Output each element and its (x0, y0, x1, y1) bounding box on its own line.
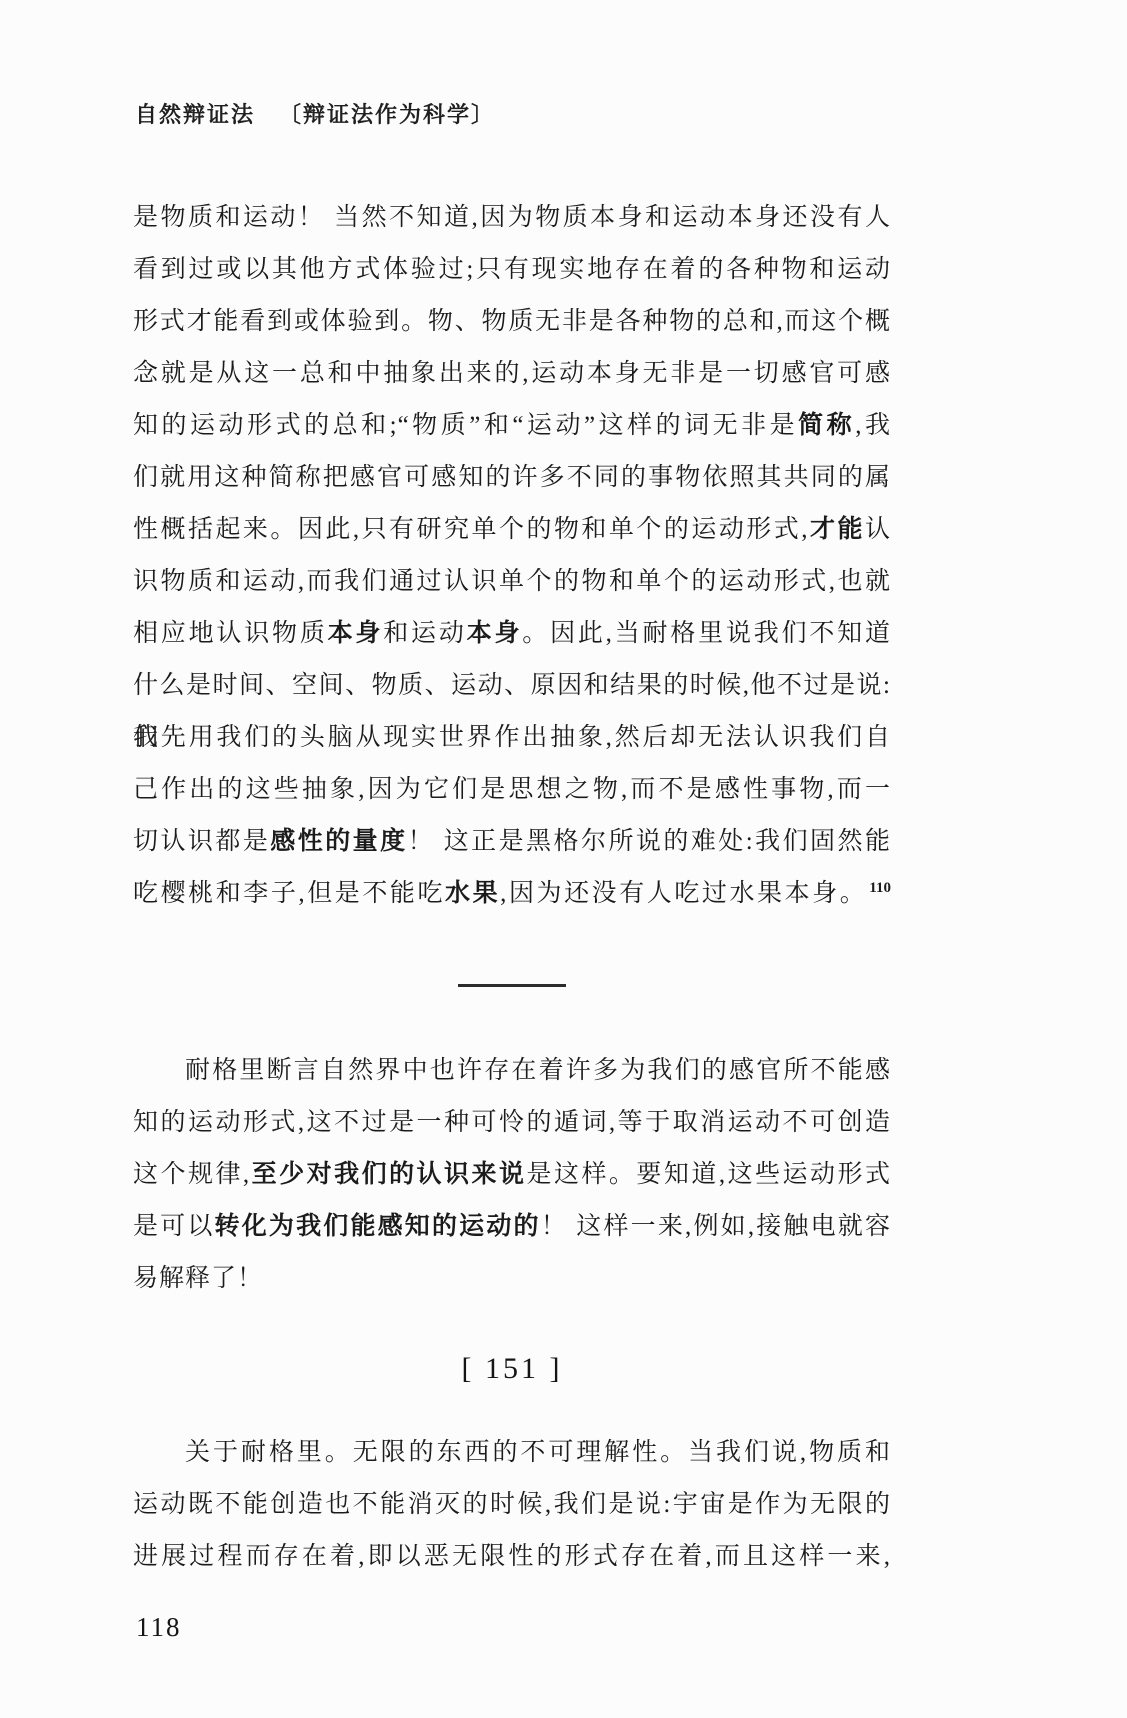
emphasis-text: 转化为我们能感知的运动的 (215, 1213, 541, 1240)
text-line: 相应地认识物质本身和运动本身。因此,当耐格里说我们不知道 (133, 608, 891, 660)
page-number: 118 (136, 1612, 182, 1643)
text-run: 耐格里断言自然界中也许存在着许多为我们的感官所不能感 (185, 1057, 891, 1084)
text-run: 知的运动形式,这不过是一种可怜的遁词,等于取消运动不可创造 (133, 1109, 891, 1136)
text-run: ,因为还没有人吃过水果本身。 (500, 880, 867, 907)
book-title: 自然辩证法 (135, 103, 255, 128)
text-run: 相应地认识物质 (133, 620, 328, 647)
text-line: 们先用我们的头脑从现实世界作出抽象,然后却无法认识我们自 (133, 712, 891, 764)
text-run: ！ 这样一来,例如,接触电就容 (541, 1213, 891, 1240)
text-run: 们就用这种简称把感官可感知的许多不同的事物依照其共同的属 (133, 464, 891, 491)
text-line: 形式才能看到或体验到。物、物质无非是各种物的总和,而这个概 (133, 296, 891, 348)
text-line: 们就用这种简称把感官可感知的许多不同的事物依照其共同的属 (133, 452, 891, 504)
text-line: 耐格里断言自然界中也许存在着许多为我们的感官所不能感 (133, 1045, 891, 1097)
running-header: 自然辩证法〔辩证法作为科学〕 (135, 98, 495, 129)
emphasis-text: 本身 (467, 620, 523, 647)
text-run: 吃樱桃和李子,但是不能吃 (133, 880, 445, 907)
text-line: 性概括起来。因此,只有研究单个的物和单个的运动形式,才能认 (133, 504, 891, 556)
text-line: 念就是从这一总和中抽象出来的,运动本身无非是一切感官可感 (133, 348, 891, 400)
text-run: 关于耐格里。无限的东西的不可理解性。当我们说,物质和 (185, 1439, 891, 1466)
text-run: 是物质和运动！ 当然不知道,因为物质本身和运动本身还没有人 (133, 204, 891, 231)
divider-line (458, 984, 566, 987)
text-line: 看到过或以其他方式体验过;只有现实地存在着的各种物和运动 (133, 244, 891, 296)
text-run: 是这样。要知道,这些运动形式 (526, 1161, 891, 1188)
text-line: 这个规律,至少对我们的认识来说是这样。要知道,这些运动形式 (133, 1149, 891, 1201)
emphasis-text: 本身 (328, 620, 384, 647)
document-page: 自然辩证法〔辩证法作为科学〕 是物质和运动！ 当然不知道,因为物质本身和运动本身… (0, 0, 1127, 1718)
emphasis-text: 简称 (798, 412, 855, 439)
text-line: 识物质和运动,而我们通过认识单个的物和单个的运动形式,也就 (133, 556, 891, 608)
emphasis-text: 至少对我们的认识来说 (250, 1161, 526, 1188)
text-run: ,我 (855, 412, 891, 439)
text-line: 关于耐格里。无限的东西的不可理解性。当我们说,物质和 (133, 1427, 891, 1479)
text-run: 易解释了！ (133, 1265, 263, 1292)
text-run: 看到过或以其他方式体验过;只有现实地存在着的各种物和运动 (133, 256, 891, 283)
emphasis-text: 感性的量度 (270, 828, 407, 855)
text-line: 什么是时间、空间、物质、运动、原因和结果的时候,他不过是说:我 (133, 660, 891, 712)
text-run: 和运动 (383, 620, 466, 647)
text-run: 切认识都是 (133, 828, 270, 855)
paragraph: 关于耐格里。无限的东西的不可理解性。当我们说,物质和运动既不能创造也不能消灭的时… (133, 1427, 891, 1583)
text-line: 吃樱桃和李子,但是不能吃水果,因为还没有人吃过水果本身。110 (133, 868, 891, 920)
chapter-title: 〔辩证法作为科学〕 (279, 103, 495, 128)
text-run: 己作出的这些抽象,因为它们是思想之物,而不是感性事物,而一 (133, 776, 891, 803)
text-run: 性概括起来。因此,只有研究单个的物和单个的运动形式, (133, 516, 809, 543)
paragraph: 耐格里断言自然界中也许存在着许多为我们的感官所不能感知的运动形式,这不过是一种可… (133, 1045, 891, 1305)
text-line: 是物质和运动！ 当然不知道,因为物质本身和运动本身还没有人 (133, 192, 891, 244)
text-run: 这个规律, (133, 1161, 250, 1188)
text-run: 知的运动形式的总和;“物质”和“运动”这样的词无非是 (133, 412, 798, 439)
text-run: 形式才能看到或体验到。物、物质无非是各种物的总和,而这个概 (133, 308, 891, 335)
text-run: 念就是从这一总和中抽象出来的,运动本身无非是一切感官可感 (133, 360, 891, 387)
text-line: 己作出的这些抽象,因为它们是思想之物,而不是感性事物,而一 (133, 764, 891, 816)
text-run: 进展过程而存在着,即以恶无限性的形式存在着,而且这样一来, (133, 1543, 891, 1570)
text-line: 知的运动形式的总和;“物质”和“运动”这样的词无非是简称,我 (133, 400, 891, 452)
section-number-label: [ 151 ] (133, 1349, 891, 1389)
text-run: ！ 这正是黑格尔所说的难处:我们固然能 (408, 828, 891, 855)
text-run: 认 (865, 516, 891, 543)
emphasis-text: 才能 (809, 516, 865, 543)
text-line: 进展过程而存在着,即以恶无限性的形式存在着,而且这样一来, (133, 1531, 891, 1583)
section-divider (133, 984, 891, 987)
text-run: 是可以 (133, 1213, 215, 1240)
text-run: 。因此,当耐格里说我们不知道 (522, 620, 891, 647)
text-line: 是可以转化为我们能感知的运动的！ 这样一来,例如,接触电就容 (133, 1201, 891, 1253)
text-line: 运动既不能创造也不能消灭的时候,我们是说:宇宙是作为无限的 (133, 1479, 891, 1531)
footnote-ref: 110 (869, 880, 891, 896)
text-line: 切认识都是感性的量度！ 这正是黑格尔所说的难处:我们固然能 (133, 816, 891, 868)
text-run: 们先用我们的头脑从现实世界作出抽象,然后却无法认识我们自 (133, 724, 891, 751)
text-run: 识物质和运动,而我们通过认识单个的物和单个的运动形式,也就 (133, 568, 891, 595)
text-line: 易解释了！ (133, 1253, 891, 1305)
paragraph: 是物质和运动！ 当然不知道,因为物质本身和运动本身还没有人看到过或以其他方式体验… (133, 192, 891, 920)
text-line: 知的运动形式,这不过是一种可怜的遁词,等于取消运动不可创造 (133, 1097, 891, 1149)
body-text: 是物质和运动！ 当然不知道,因为物质本身和运动本身还没有人看到过或以其他方式体验… (133, 192, 891, 1583)
emphasis-text: 水果 (445, 880, 500, 907)
text-run: 运动既不能创造也不能消灭的时候,我们是说:宇宙是作为无限的 (133, 1491, 891, 1518)
